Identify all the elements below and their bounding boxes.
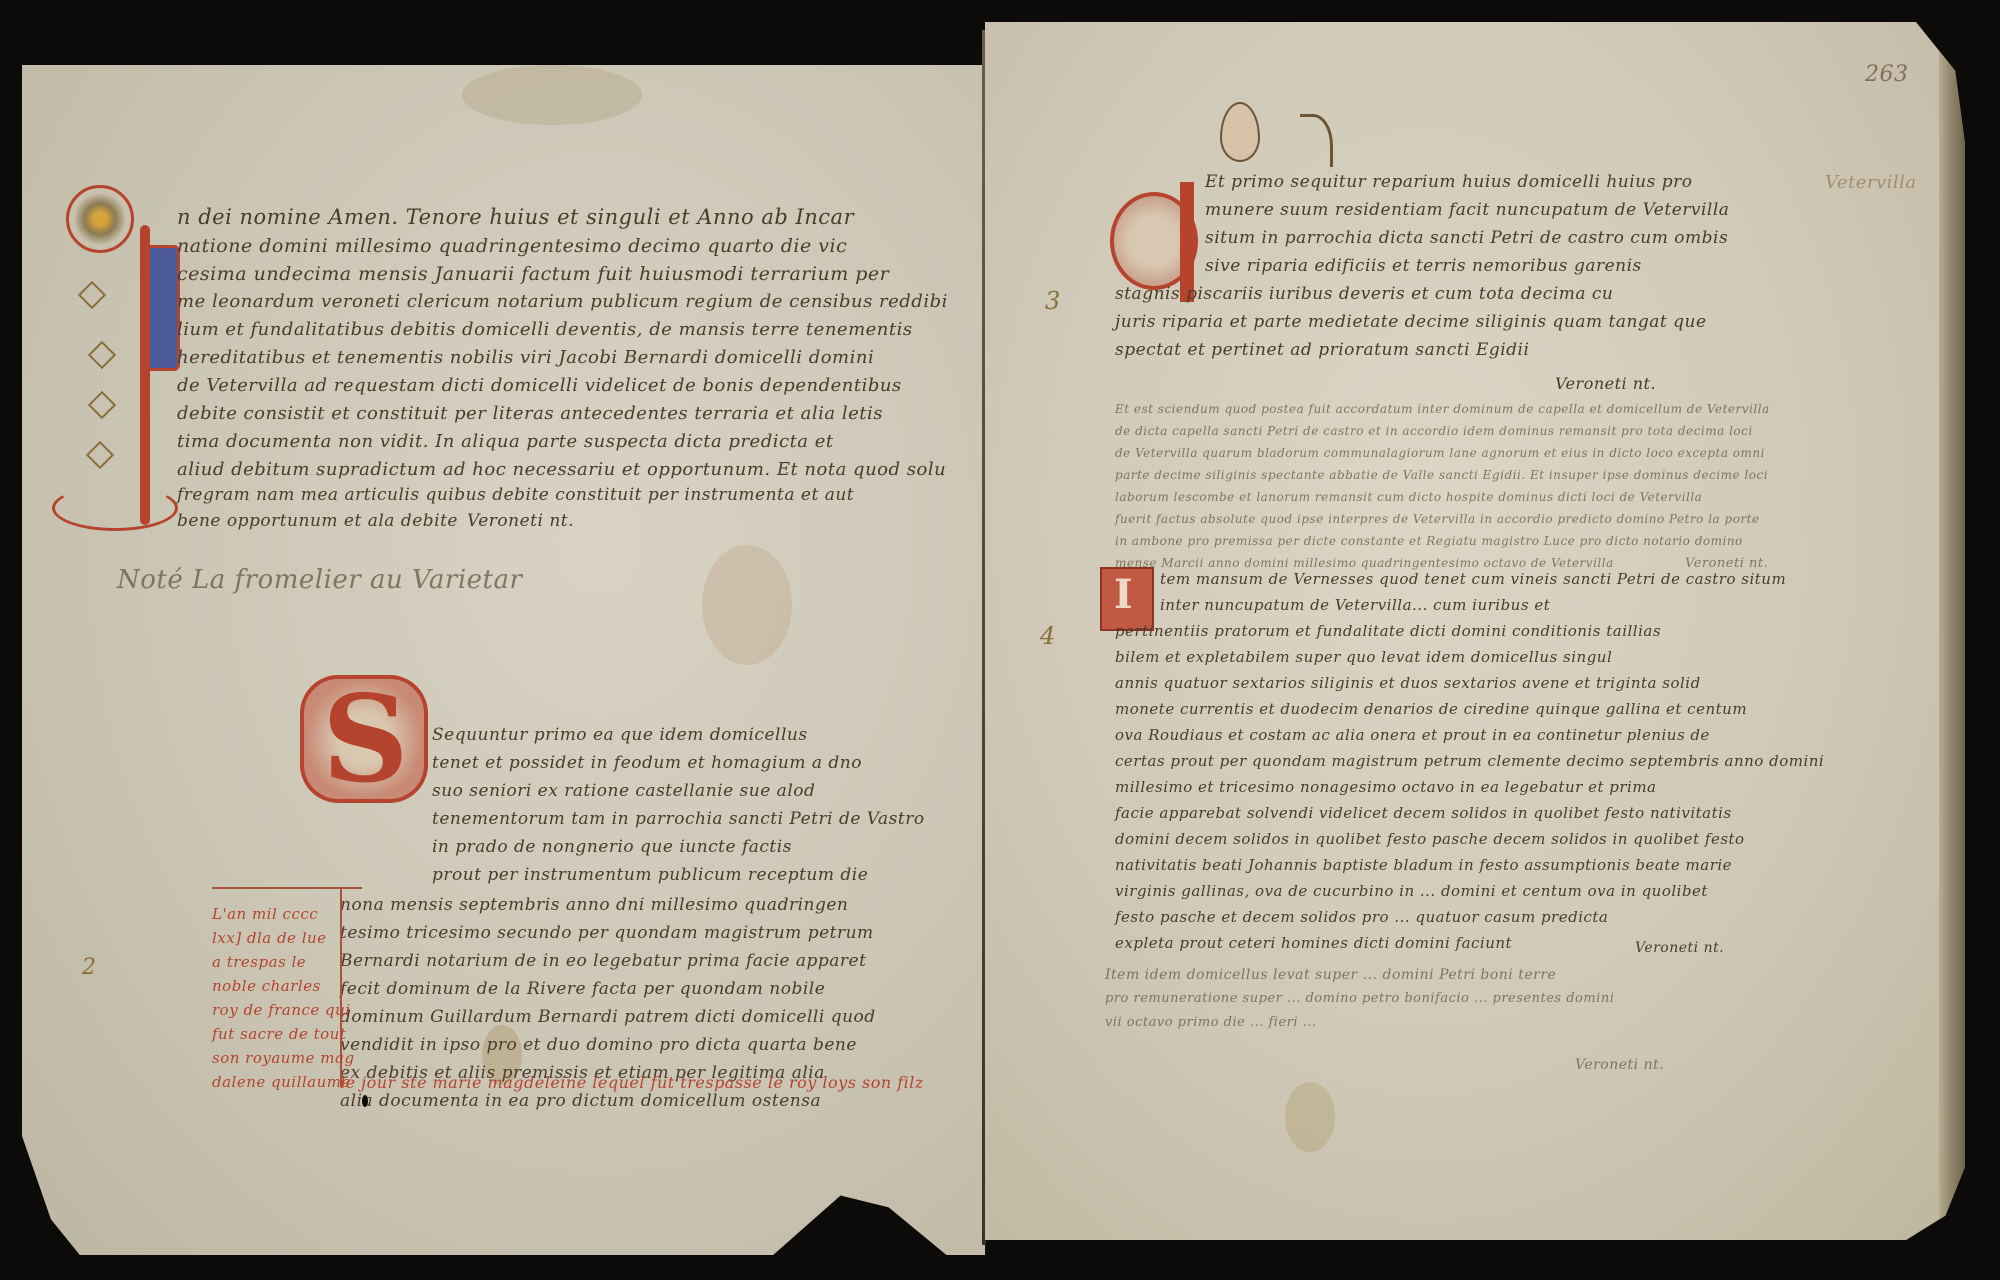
diamond-ornament <box>88 341 116 369</box>
text-line: tima documenta non vidit. In aliqua part… <box>177 431 834 452</box>
note-line: a trespas le <box>212 953 306 971</box>
text-line: de Vetervilla ad requestam dicti domicel… <box>177 375 902 396</box>
text-line: cesima undecima mensis Januarii factum f… <box>177 263 889 285</box>
text-line: vendidit in ipso pro et duo domino pro d… <box>340 1035 857 1055</box>
text-line: debite consistit et constituit per liter… <box>177 403 883 424</box>
text-line: tem mansum de Vernesses quod tenet cum v… <box>1160 570 1786 588</box>
text-line: mense Marcii anno domini millesimo quadr… <box>1115 556 1614 570</box>
text-line: fecit dominum de la Rivere facta per quo… <box>340 979 825 999</box>
text-line: monete currentis et duodecim denarios de… <box>1115 700 1747 718</box>
water-stain <box>462 65 642 125</box>
text-line: millesimo et tricesimo nonagesimo octavo… <box>1115 778 1657 796</box>
grotesque-head-ornament <box>1220 102 1260 162</box>
text-line: inter nuncupatum de Vetervilla... cum iu… <box>1160 596 1550 614</box>
text-line: n dei nomine Amen. Tenore huius et singu… <box>177 205 854 229</box>
text-line: in ambone pro premissa per dicte constan… <box>1115 534 1743 548</box>
diamond-ornament <box>86 441 114 469</box>
water-stain <box>702 545 792 665</box>
text-line: aliud debitum supradictum ad hoc necessa… <box>177 459 946 480</box>
margin-number: 3 <box>1045 287 1060 315</box>
initial-stem <box>140 225 150 525</box>
text-line: sive riparia edificiis et terris nemorib… <box>1205 256 1642 276</box>
initial-letter: I <box>1114 571 1133 618</box>
text-line: parte decime siliginis spectante abbatie… <box>1115 468 1768 482</box>
note-line: fut sacre de tout <box>212 1025 346 1043</box>
text-line: fuerit factus absolute quod ipse interpr… <box>1115 512 1760 526</box>
illuminated-initial-s: S <box>290 665 440 815</box>
text-line: vii octavo primo die ... fieri ... <box>1105 1015 1317 1030</box>
text-line: pertinentiis pratorum et fundalitate dic… <box>1115 622 1661 640</box>
text-line: nativitatis beati Johannis baptiste blad… <box>1115 856 1732 874</box>
text-line: dominum Guillardum Bernardi patrem dicti… <box>340 1007 876 1027</box>
diamond-ornament <box>88 391 116 419</box>
text-line: de Vetervilla quarum bladorum communalag… <box>1115 446 1765 460</box>
text-line: juris riparia et parte medietate decime … <box>1115 312 1707 332</box>
folio-number: 263 <box>1865 62 1909 87</box>
illuminated-initial-i <box>52 185 192 545</box>
notary-signature: Veroneti nt. <box>467 511 574 531</box>
text-line: hereditatibus et tenementis nobilis viri… <box>177 347 874 368</box>
text-line: natione domini millesimo quadringentesim… <box>177 235 847 257</box>
text-line: de dicta capella sancti Petri de castro … <box>1115 424 1753 438</box>
note-line: L'an mil cccc <box>212 905 318 923</box>
ink-spot <box>362 1095 368 1107</box>
note-line: lxx] dla de lue <box>212 929 327 947</box>
text-line: bilem et expletabilem super quo levat id… <box>1115 648 1612 666</box>
text-line: stagnis piscariis iuribus deveris et cum… <box>1115 284 1613 304</box>
text-line: situm in parrochia dicta sancti Petri de… <box>1205 228 1728 248</box>
text-line: laborum lescombe et lanorum remansit cum… <box>1115 490 1702 504</box>
margin-number: 4 <box>1040 622 1055 650</box>
red-footer-line: le jour ste marie magdeleine lequel fut … <box>340 1073 924 1092</box>
text-line: facie apparebat solvendi videlicet decem… <box>1115 804 1732 822</box>
text-line: virginis gallinas, ova de cucurbino in .… <box>1115 882 1708 900</box>
text-line: Bernardi notarium de in eo legebatur pri… <box>340 951 866 971</box>
text-line: ova Roudiaus et costam ac alia onera et … <box>1115 726 1710 744</box>
rosette-ornament <box>66 185 134 253</box>
text-line: bene opportunum et ala debite <box>177 511 458 531</box>
text-line: Et est sciendum quod postea fuit accorda… <box>1115 402 1770 416</box>
text-line: nona mensis septembris anno dni millesim… <box>340 895 848 915</box>
page-edges <box>1939 22 1965 1240</box>
initial-flourish <box>52 485 178 531</box>
text-line: suo seniori ex ratione castellanie sue a… <box>432 781 815 801</box>
stain-spot <box>1285 1082 1335 1152</box>
text-line: expleta prout ceteri homines dicti domin… <box>1115 934 1512 952</box>
text-line: festo pasche et decem solidos pro ... qu… <box>1115 908 1608 926</box>
note-line: son royaume mag <box>212 1049 355 1067</box>
notary-signature: Veroneti nt. <box>1685 556 1768 571</box>
later-annotation: Noté La fromelier au Varietar <box>117 565 522 595</box>
initial-letter: S <box>322 669 409 810</box>
text-line: spectat et pertinet ad prioratum sancti … <box>1115 340 1529 360</box>
text-line: tesimo tricesimo secundo per quondam mag… <box>340 923 874 943</box>
text-line: Et primo sequitur reparium huius domicel… <box>1205 172 1693 192</box>
note-line: dalene quillaume <box>212 1073 351 1091</box>
text-line: alia documenta in ea pro dictum domicell… <box>340 1091 821 1111</box>
text-line: Item idem domicellus levat super ... dom… <box>1105 967 1556 983</box>
notary-signature: Veroneti nt. <box>1555 374 1656 393</box>
text-line: in prado de nongnerio que iuncte factis <box>432 837 792 857</box>
text-line: fregram nam mea articulis quibus debite … <box>177 485 854 505</box>
notary-signature: Veroneti nt. <box>1635 940 1724 956</box>
text-line: prout per instrumentum publicum receptum… <box>432 865 868 885</box>
text-line: tenementorum tam in parrochia sancti Pet… <box>432 809 925 829</box>
left-page: n dei nomine Amen. Tenore huius et singu… <box>22 65 985 1255</box>
text-line: Sequuntur primo ea que idem domicellus <box>432 725 808 745</box>
text-line: me leonardum veroneti clericum notarium … <box>177 291 948 312</box>
grotesque-head-ornament <box>1300 114 1333 167</box>
text-line: tenet et possidet in feodum et homagium … <box>432 753 862 773</box>
text-line: annis quatuor sextarios siliginis et duo… <box>1115 674 1701 692</box>
text-line: domini decem solidos in quolibet festo p… <box>1115 830 1745 848</box>
right-page: 263 Vetervilla Et primo sequitur repariu… <box>985 22 1965 1240</box>
note-line: roy de france qui <box>212 1001 351 1019</box>
text-line: lium et fundalitatibus debitis domicelli… <box>177 319 913 340</box>
diamond-ornament <box>78 281 106 309</box>
note-line: noble charles <box>212 977 321 995</box>
text-line: pro remuneratione super ... domino petro… <box>1105 991 1614 1006</box>
text-line: certas prout per quondam magistrum petru… <box>1115 752 1824 770</box>
notary-signature: Veroneti nt. <box>1575 1057 1664 1073</box>
margin-note-place: Vetervilla <box>1825 172 1917 193</box>
margin-number: 2 <box>82 955 96 980</box>
text-line: munere suum residentiam facit nuncupatum… <box>1205 200 1729 220</box>
